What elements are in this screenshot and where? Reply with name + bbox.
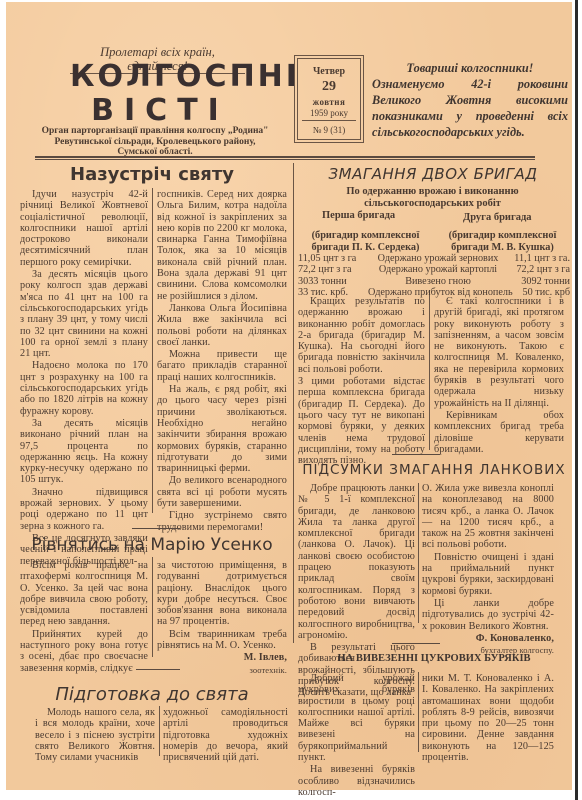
scan-edge	[575, 0, 578, 800]
leader-line: бригади П. К. Сердека)	[298, 242, 433, 254]
paragraph: За десять місяців цього року колгосп зда…	[20, 269, 148, 359]
date-box: Четвер 29 жовтня 1959 року № 9 (31)	[297, 58, 361, 140]
table-row: 3033 тонни Вивезено гною 3092 тонни	[298, 276, 570, 287]
article-pidsumky-col1: Добре працюють ланки № 5 1-ї комплексної…	[298, 483, 415, 699]
brigade2-leader: (бригадир комплексної бригади М. В. Кушк…	[435, 230, 570, 253]
column-divider	[152, 188, 153, 513]
paragraph: За десять місяців виконано річний план н…	[20, 418, 148, 486]
brigade1-value: 3033 тонни	[298, 276, 347, 287]
indicator: Одержано урожай зернових	[368, 253, 508, 264]
author-signature: Ф. Коноваленко,	[422, 633, 554, 644]
brigade1-value: 11,05 цнт з га	[298, 253, 356, 264]
brigade2-value: 11,1 цнт з га.	[514, 253, 570, 264]
article-zmagannya-col1: Кращих результатів по одержанню врожаю і…	[298, 296, 425, 466]
headline-pidgotovka: Підготовка до свята	[18, 684, 286, 705]
section-divider	[392, 643, 440, 644]
leader-line: (бригадир комплексної	[298, 230, 433, 242]
column-divider	[418, 483, 419, 623]
brigade1-name: Перша бригада	[322, 210, 395, 221]
article-pidgotovka-col1: Молодь нашого села, як і вся молодь краї…	[35, 707, 155, 763]
paragraph: за чистотою приміщення, в годуванні дотр…	[157, 560, 287, 628]
paragraph: До великого всенародного свята всі ці ро…	[157, 475, 287, 509]
paragraph: На вивезенні буряків особливо відзначили…	[298, 764, 415, 798]
paragraph: художньої самодіяльності артілі проводит…	[163, 707, 288, 763]
month: жовтня	[298, 97, 360, 107]
author-role: зоотехнік.	[157, 665, 287, 676]
table-row: 72,2 цнт з га Одержано урожай картоплі 7…	[298, 264, 570, 275]
publisher-line: Орган парторганізації правління колгоспу…	[20, 126, 290, 137]
newspaper-title-line2: ВІСТІ	[70, 94, 250, 128]
newspaper-title-line1: КОЛГОСПНІ	[70, 60, 250, 94]
column-divider	[152, 557, 153, 657]
paragraph: Керівникам обох комплексних бригад треба…	[434, 410, 564, 455]
article-usenko-col2: за чистотою приміщення, в годуванні дотр…	[157, 560, 287, 676]
paragraph: Кращих результатів по одержанню врожаю і…	[298, 296, 425, 375]
brigade1-value: 72,2 цнт з га	[298, 264, 352, 275]
subheading-line: По одержанню врожаю і виконанню	[300, 186, 565, 198]
publisher-info: Орган парторганізації правління колгоспу…	[20, 126, 290, 158]
brigade2-value: 72,2 цнт з га	[516, 264, 570, 275]
section-divider	[392, 454, 440, 455]
paragraph: госпників. Серед них доярка Ольга Билим,…	[157, 189, 287, 302]
paragraph: Є такі колгоспники і в другій бригаді, я…	[434, 296, 564, 409]
paragraph: Гідно зустрінемо свято трудовими перемог…	[157, 510, 287, 533]
paragraph: Молодь нашого села, як і вся молодь краї…	[35, 707, 155, 763]
paragraph: З цими роботами відстає перша комплексна…	[298, 376, 425, 466]
paragraph: Надоєно молока по 170 цнт з розрахунку н…	[20, 360, 148, 416]
headline-nazustrich: Назустріч святу	[18, 164, 286, 185]
publisher-line: Ревутинської сільради, Кролевецького рай…	[20, 137, 290, 148]
author-signature: М. Івлев,	[157, 652, 287, 663]
column-divider	[159, 706, 160, 756]
leader-line: (бригадир комплексної	[435, 230, 570, 242]
paragraph: Добре працюють ланки № 5 1-ї комплексної…	[298, 483, 415, 641]
paragraph: Всім тваринникам треба рівнятись на М. О…	[157, 629, 287, 652]
section-divider	[132, 528, 180, 529]
indicator: Одержано урожай картоплі	[368, 264, 508, 275]
leader-line: бригади М. В. Кушка)	[435, 242, 570, 254]
year: 1959 року	[302, 108, 356, 121]
slogan-heading: Товариші колгоспники!	[372, 60, 568, 76]
paragraph: Добрий урожай цукрових буряків виростили…	[298, 673, 415, 763]
brigade2-name: Друга бригада	[463, 212, 532, 223]
paragraph: Значно підвищився врожай зернових. У цьо…	[20, 487, 148, 532]
paragraph: Прийнятих курей до наступного року вона …	[20, 629, 148, 674]
paragraph: Вісім років працює на птахофермі колгосп…	[20, 560, 148, 628]
brigade1-leader: (бригадир комплексної бригади П. К. Серд…	[298, 230, 433, 253]
article-pidsumky-col2: О. Жила уже вивезла коноплі на коноплеза…	[422, 483, 554, 656]
headline-zmagannya: ЗМАГАННЯ ДВОХ БРИГАД	[298, 165, 568, 183]
section-divider	[136, 669, 180, 670]
brigade-comparison-table: 11,05 цнт з га Одержано урожай зернових …	[298, 253, 570, 298]
article-nazustrich-col2: госпників. Серед них доярка Ольга Билим,…	[157, 189, 287, 533]
article-nazustrich-col1: Ідучи назустріч 42-й річниці Великої Жов…	[20, 189, 148, 567]
paragraph: ники М. Т. Коноваленко і А. І. Коваленко…	[422, 673, 554, 763]
headline-usenko: Рівнятись на Марію Усенко	[18, 535, 286, 555]
paragraph: Можна привести ще багато прикладів стара…	[157, 349, 287, 383]
weekday: Четвер	[298, 66, 360, 77]
issue-number: № 9 (31)	[298, 125, 360, 135]
table-row: 11,05 цнт з га Одержано урожай зернових …	[298, 253, 570, 264]
day: 29	[298, 79, 360, 95]
masthead-rule	[35, 156, 535, 160]
slogan: Товариші колгоспники! Ознаменуємо 42-і р…	[372, 60, 568, 140]
article-pidgotovka-col2: художньої самодіяльності артілі проводит…	[163, 707, 288, 763]
brigade2-value: 3092 тонни	[521, 276, 570, 287]
paragraph: Ці ланки добре підготувались до зустрічі…	[422, 598, 554, 632]
slogan-text: Ознаменуємо 42-і роковини Великого Жовтн…	[372, 77, 568, 139]
paragraph: Ланкова Ольга Йосипівна Жила вже закінчи…	[157, 303, 287, 348]
paragraph: На жаль, є ряд робіт, які до цього часу …	[157, 384, 287, 474]
paragraph: О. Жила уже вивезла коноплі на коноплеза…	[422, 483, 554, 551]
article-zmagannya-col2: Є такі колгоспники і в другій бригаді, я…	[434, 296, 564, 455]
paragraph: Повністю очищені і здані на приймальний …	[422, 552, 554, 597]
column-divider	[429, 290, 430, 450]
column-divider	[418, 672, 419, 752]
indicator: Вивезено гною	[368, 276, 508, 287]
headline-pidsumky: ПІДСУМКИ ЗМАГАННЯ ЛАНКОВИХ	[298, 462, 570, 478]
headline-buryaky: НА ВИВЕЗЕННІ ЦУКРОВИХ БУРЯКІВ	[298, 653, 570, 664]
article-buryaky-col1: Добрий урожай цукрових буряків виростили…	[298, 673, 415, 798]
subheading-line: сільськогосподарських робіт	[300, 198, 565, 210]
subheading-zmagannya: По одержанню врожаю і виконанню сільсько…	[300, 186, 565, 209]
column-divider	[293, 163, 294, 643]
article-usenko-col1: Вісім років працює на птахофермі колгосп…	[20, 560, 148, 674]
paragraph: Ідучи назустріч 42-й річниці Великої Жов…	[20, 189, 148, 268]
article-buryaky-col2: ники М. Т. Коноваленко і А. І. Коваленко…	[422, 673, 554, 763]
